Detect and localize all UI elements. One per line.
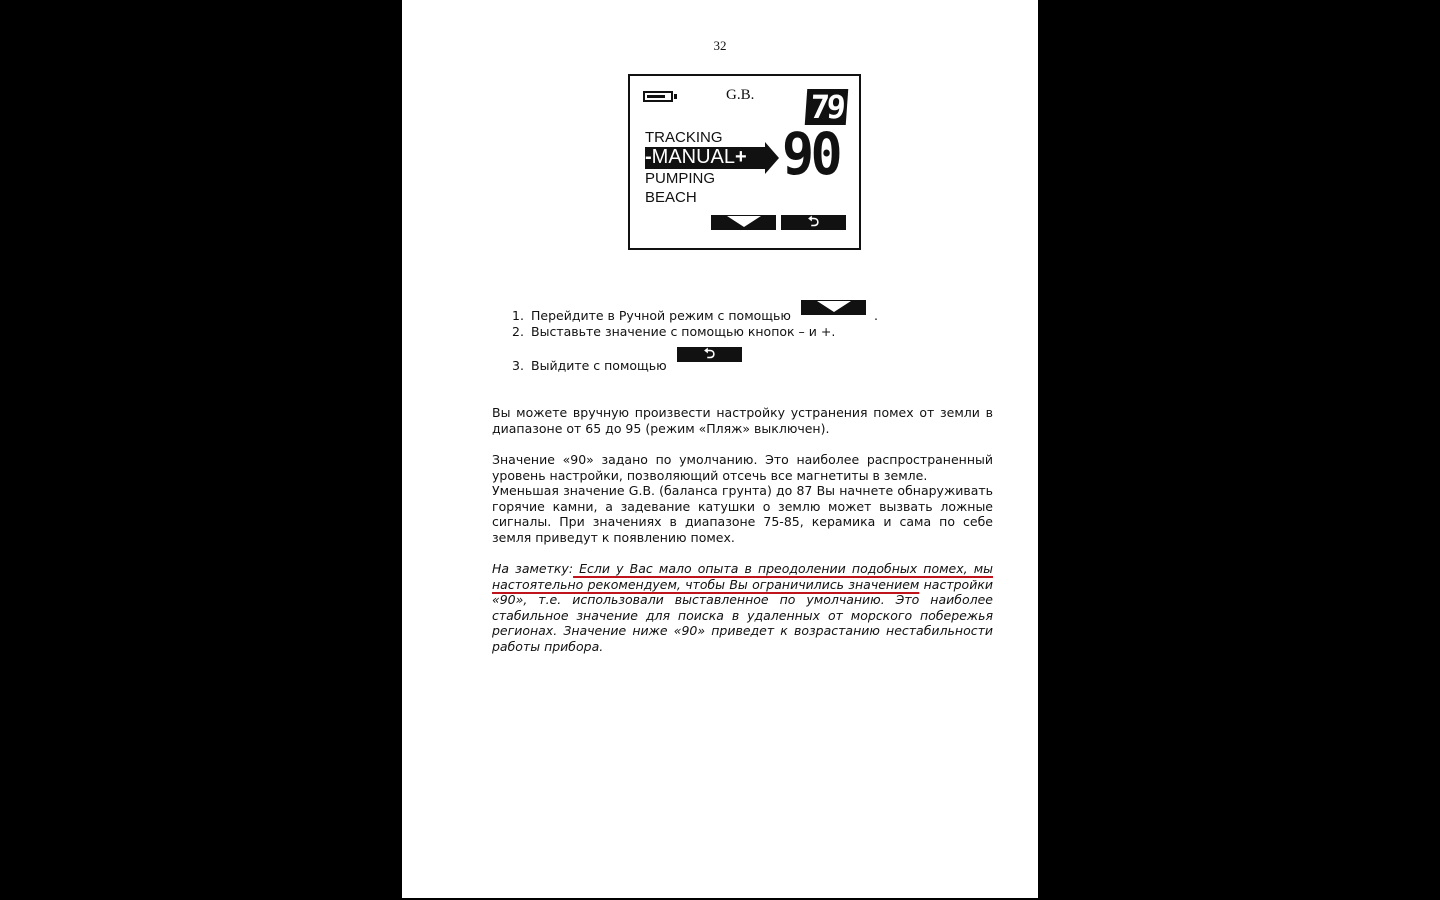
plus-icon: +	[735, 146, 747, 168]
gb-value: 90	[782, 124, 839, 184]
paragraph-default-value: Значение «90» задано по умолчанию. Это н…	[492, 452, 993, 483]
selection-arrow-icon	[765, 142, 779, 174]
step-number: 1.	[512, 308, 531, 323]
step-text: Перейдите в Ручной режим с помощью	[531, 308, 791, 323]
battery-icon	[643, 91, 673, 102]
paragraph-manual-range: Вы можете вручную произвести настройку у…	[492, 405, 993, 436]
inline-back-button-image: ⮌	[677, 347, 742, 362]
minus-icon: -	[645, 146, 652, 168]
down-arrow-icon	[727, 216, 761, 227]
down-arrow-icon	[817, 301, 851, 312]
screen-down-button	[711, 215, 776, 230]
mode-manual-label: MANUAL	[652, 146, 735, 168]
back-return-icon: ⮌	[677, 347, 742, 362]
step-text: Выставьте значение с помощью кнопок – и …	[531, 324, 835, 339]
screen-back-button: ⮌	[781, 215, 846, 230]
step-text: Выйдите с помощью	[531, 358, 667, 373]
mode-manual-selected: -MANUAL+	[645, 147, 765, 169]
page-number: 32	[402, 38, 1038, 54]
step-3: 3.Выйдите с помощью	[512, 358, 667, 373]
mode-beach: BEACH	[645, 188, 765, 207]
document-page: 32 G.B. 79 TRACKING -MANUAL+ PUMPING BEA…	[402, 0, 1038, 898]
mode-pumping: PUMPING	[645, 169, 765, 188]
step-number: 2.	[512, 324, 531, 339]
step-2: 2.Выставьте значение с помощью кнопок – …	[512, 324, 835, 339]
step-number: 3.	[512, 358, 531, 373]
note-lead: На заметку:	[492, 561, 573, 576]
step-1: 1.Перейдите в Ручной режим с помощью	[512, 308, 791, 323]
mode-tracking: TRACKING	[645, 128, 765, 147]
step-1-trailing: .	[874, 308, 878, 323]
inline-down-button-image	[801, 300, 866, 315]
note-paragraph: На заметку: Если у Вас мало опыта в прео…	[492, 561, 993, 654]
mode-list: TRACKING -MANUAL+ PUMPING BEACH	[645, 128, 765, 207]
gb-label: G.B.	[726, 87, 754, 104]
back-return-icon: ⮌	[781, 215, 846, 230]
detector-screen-figure: G.B. 79 TRACKING -MANUAL+ PUMPING BEACH …	[628, 74, 861, 250]
paragraph-lower-values: Уменьшая значение G.B. (баланса грунта) …	[492, 483, 993, 545]
